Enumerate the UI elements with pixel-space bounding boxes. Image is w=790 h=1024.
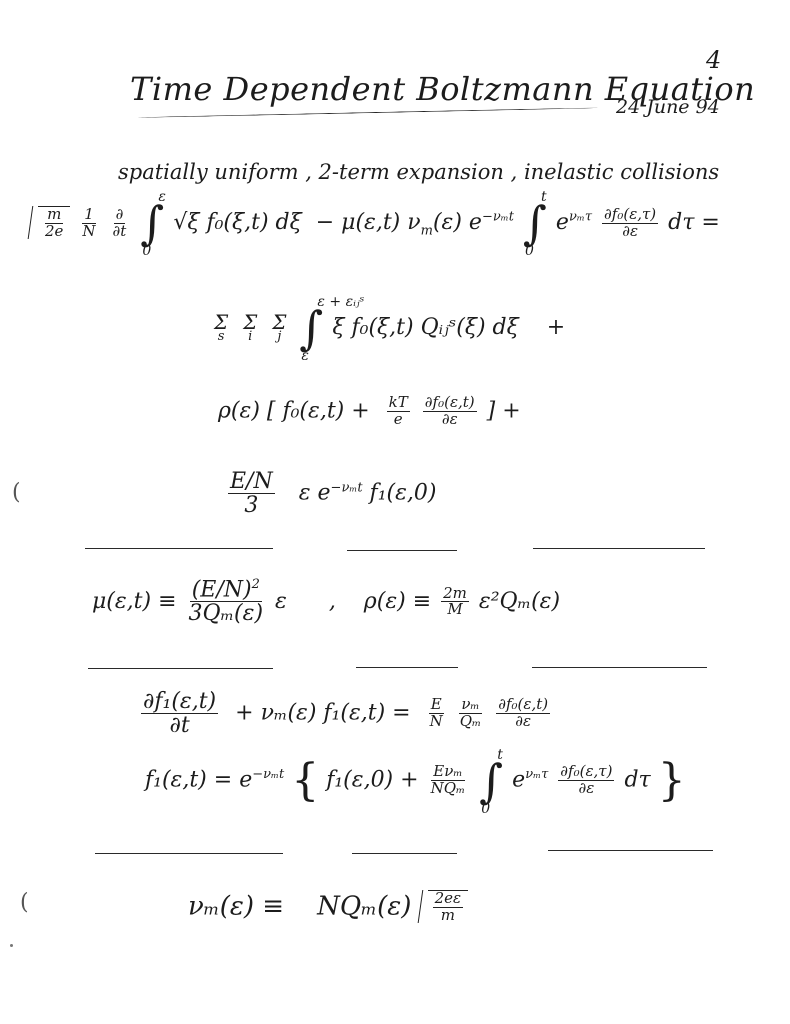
mu-term: − μ(ε,t) ν	[316, 210, 421, 235]
title-underline	[138, 107, 598, 118]
scan-speck	[10, 944, 13, 947]
E-over-N-over-3: E/N3	[228, 470, 275, 517]
E-over-N: EN	[428, 697, 445, 730]
separator-rule	[347, 550, 457, 551]
mu-fraction: (E/N)23Qₘ(ε)	[187, 578, 266, 626]
date: 24 June 94	[616, 96, 720, 118]
df1-dt: ∂f₁(ε,t)∂t	[141, 690, 218, 737]
integral-0-to-t: ∫t0	[523, 200, 547, 246]
integral-0-to-t-2: ∫t0	[479, 758, 503, 804]
sqrt-2e-epsilon-over-m: 2eεm	[428, 890, 468, 924]
integrand-2: ξ f₀(ξ,t) Qᵢⱼˢ(ξ) dξ	[332, 315, 518, 340]
one-over-N: 1N	[80, 207, 97, 240]
collision-frequency-definition: νₘ(ε) ≡ NQₘ(ε) 2eεm	[188, 890, 468, 924]
df0-depsilon-2: ∂f₀(ε,t)∂ε	[423, 395, 477, 428]
separator-rule	[548, 850, 713, 851]
separator-rule	[532, 667, 707, 668]
margin-mark: (	[12, 480, 21, 505]
sum-s: Σs	[214, 313, 228, 343]
integral-inelastic: ∫ε + εᵢⱼˢε	[299, 305, 323, 351]
integral-0-to-epsilon: ∫ε0	[140, 200, 164, 246]
df0-depsilon: ∂f₀(ε,τ)∂ε	[602, 207, 658, 240]
integrand-1: √ξ f₀(ξ,t) dξ	[173, 210, 301, 235]
separator-rule	[95, 853, 283, 854]
separator-rule	[533, 548, 705, 549]
Enu-over-NQ: EνₘNQₘ	[429, 764, 468, 797]
main-equation-line-2: Σs Σi Σj ∫ε + εᵢⱼˢε ξ f₀(ξ,t) Qᵢⱼˢ(ξ) dξ…	[210, 305, 565, 351]
margin-mark: (	[20, 890, 29, 915]
main-equation-line-4: E/N3 ε e−νₘt f₁(ε,0)	[225, 470, 436, 517]
sqrt-m-over-2e: m2e	[38, 206, 70, 240]
2m-over-M: 2mM	[441, 586, 469, 619]
main-equation-line-1: m2e 1N ∂∂t ∫ε0 √ξ f₀(ξ,t) dξ − μ(ε,t) νm…	[30, 200, 720, 246]
exponent-1: −νₘt	[482, 210, 514, 225]
sum-i: Σi	[243, 313, 257, 343]
nu-over-Q: νₘQₘ	[458, 697, 484, 730]
kT-over-e: kTe	[387, 395, 410, 428]
definitions-mu-rho: μ(ε,t) ≡ (E/N)23Qₘ(ε) ε , ρ(ε) ≡ 2mM ε²Q…	[92, 578, 560, 626]
subtitle: spatially uniform , 2-term expansion , i…	[118, 160, 719, 184]
sum-j: Σj	[272, 313, 286, 343]
separator-rule	[88, 668, 273, 669]
f1-solution: f₁(ε,t) = e−νₘt { f₁(ε,0) + EνₘNQₘ ∫t0 e…	[145, 755, 686, 806]
df0-depsilon-4: ∂f₀(ε,τ)∂ε	[558, 764, 614, 797]
separator-rule	[352, 853, 457, 854]
separator-rule	[85, 548, 273, 549]
d-dt: ∂∂t	[111, 207, 129, 240]
separator-rule	[356, 667, 458, 668]
main-equation-line-3: ρ(ε) [ f₀(ε,t) + kTe ∂f₀(ε,t)∂ε ] +	[218, 395, 521, 428]
df0-depsilon-3: ∂f₀(ε,t)∂ε	[496, 697, 550, 730]
f1-ode: ∂f₁(ε,t)∂t + νₘ(ε) f₁(ε,t) = EN νₘQₘ ∂f₀…	[138, 690, 553, 737]
